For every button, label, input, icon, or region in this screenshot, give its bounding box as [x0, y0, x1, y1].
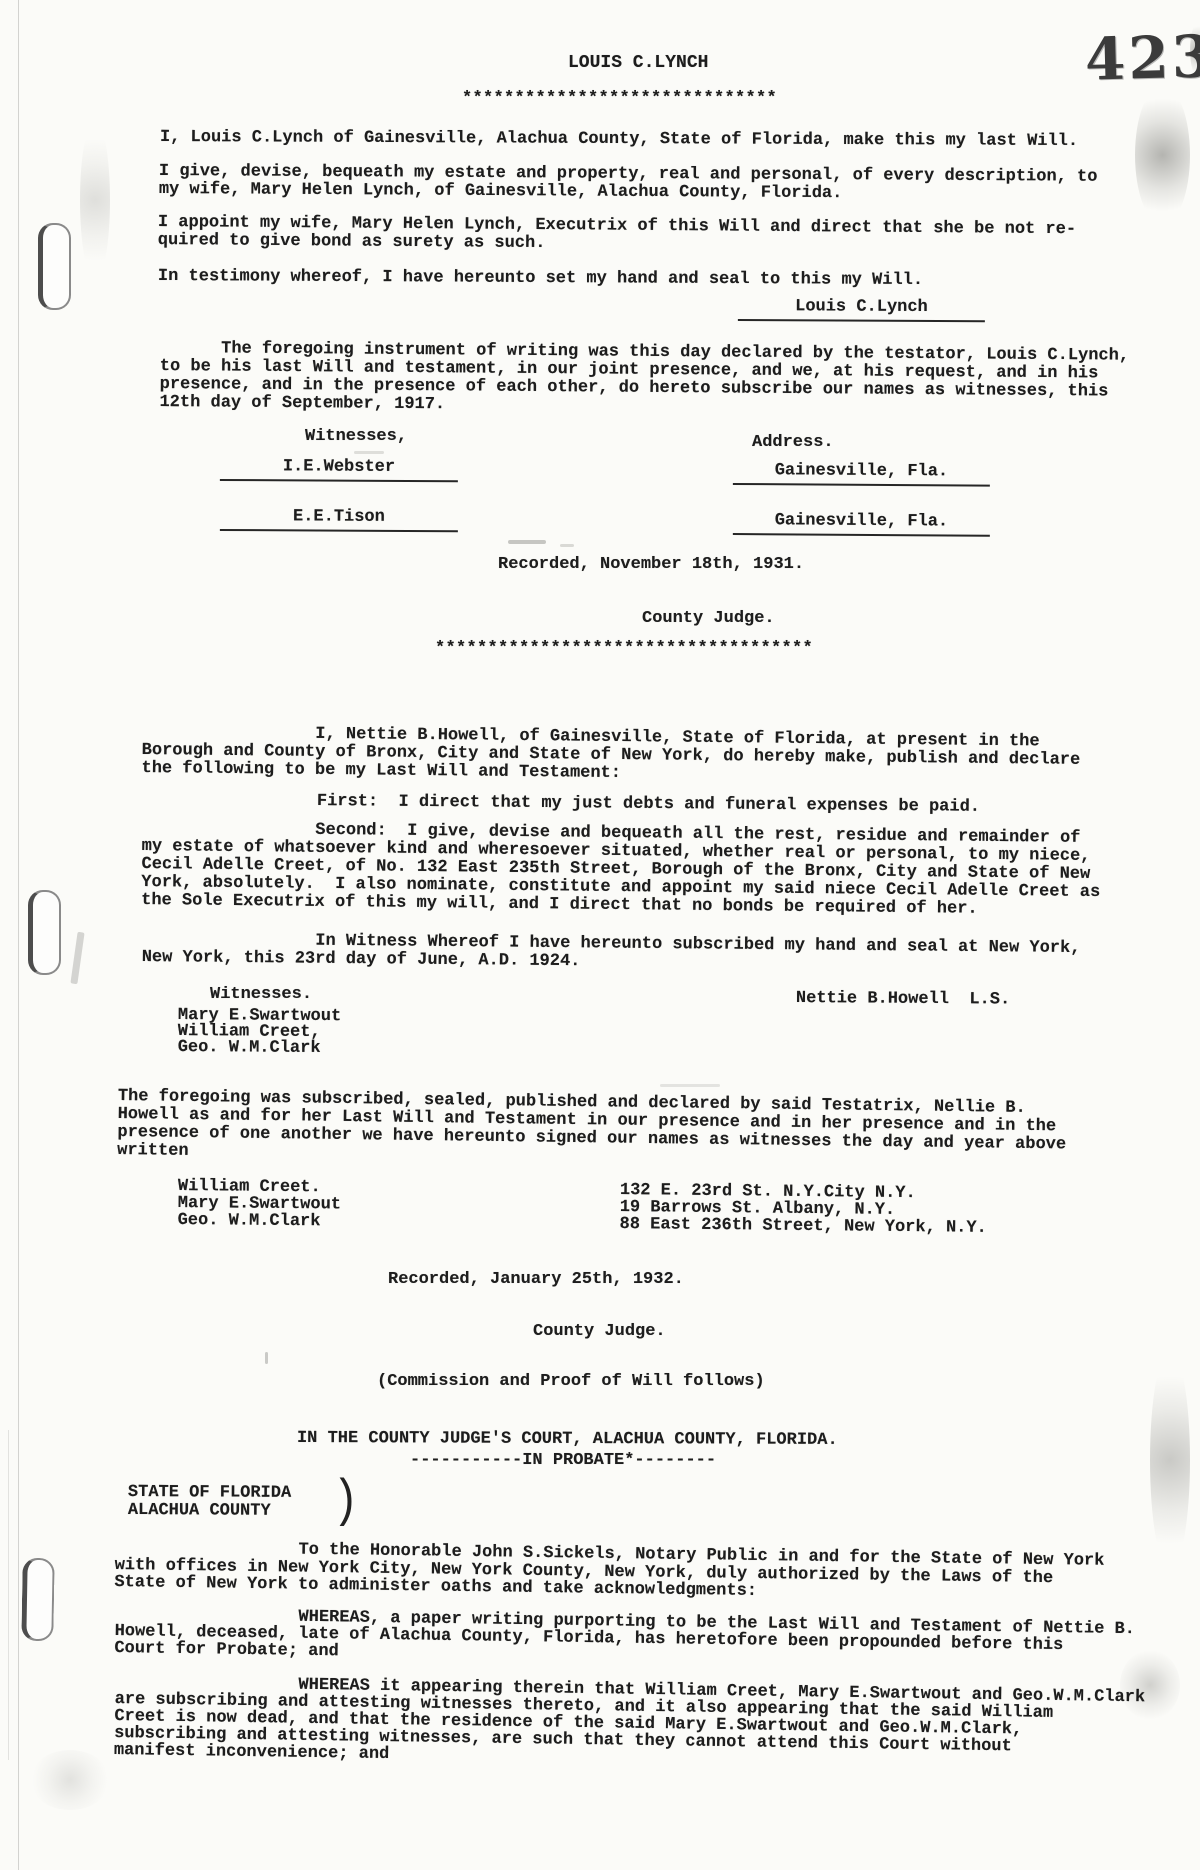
lynch-paragraph-1: I, Louis C.Lynch of Gainesville, Alachua…	[160, 129, 1078, 151]
ink-smudge	[70, 932, 84, 984]
probate-whereas-2: WHEREAS it appearing therein that Willia…	[114, 1674, 1146, 1774]
witness-1-address: Gainesville, Fla.	[733, 462, 990, 487]
venue-brace: )	[332, 1472, 359, 1531]
scan-noise	[30, 1750, 110, 1810]
commission-note: (Commission and Proof of Will follows)	[377, 1373, 765, 1391]
paper-fold-line-2	[8, 1430, 9, 1760]
probate-venue: STATE OF FLORIDA ALACHUA COUNTY	[128, 1484, 291, 1521]
lynch-paragraph-4: In testimony whereof, I have hereunto se…	[158, 268, 923, 290]
address-label: Address.	[752, 434, 834, 452]
lynch-paragraph-2: I give, devise, bequeath my estate and p…	[159, 163, 1098, 205]
witnesses-label: Witnesses,	[305, 428, 407, 446]
howell-second-clause: Second: I give, devise and bequeath all …	[141, 820, 1101, 920]
lynch-county-judge: County Judge.	[642, 610, 775, 628]
probate-address-to-notary: To the Honorable John S.Sickels, Notary …	[114, 1539, 1104, 1605]
howell-testator-signature: Nettie B.Howell L.S.	[796, 990, 1010, 1009]
scan-noise	[1150, 1350, 1190, 1570]
howell-intro: I, Nettie B.Howell, of Gainesville, Stat…	[141, 724, 1080, 788]
ink-smudge	[265, 1352, 268, 1364]
page-number: 423	[1084, 22, 1200, 93]
paper-fold-line	[18, 0, 19, 1870]
binder-hole-3	[21, 1558, 54, 1642]
ink-smudge	[560, 544, 574, 547]
witness-2-address: Gainesville, Fla.	[733, 512, 990, 537]
ink-smudge	[660, 1084, 720, 1087]
divider-asterisks-1: ******************************	[462, 90, 777, 108]
witness-1-name: I.E.Webster	[220, 458, 458, 482]
probate-in-probate-line: -----------IN PROBATE*--------	[410, 1452, 716, 1470]
howell-witness-names: Mary E.Swartwout William Creet, Geo. W.M…	[178, 1008, 342, 1057]
howell-witness-addresses: 132 E. 23rd St. N.Y.City N.Y. 19 Barrows…	[619, 1182, 987, 1237]
howell-witness-names-2: William Creet. Mary E.Swartwout Geo. W.M…	[178, 1178, 342, 1230]
howell-county-judge: County Judge.	[533, 1323, 666, 1341]
lynch-signature: Louis C.Lynch	[738, 298, 985, 322]
scan-noise	[80, 120, 110, 280]
lynch-recorded-date: Recorded, November 18th, 1931.	[498, 556, 804, 574]
probate-court-title: IN THE COUNTY JUDGE'S COURT, ALACHUA COU…	[297, 1430, 838, 1450]
howell-foregoing-clause: The foregoing was subscribed, sealed, pu…	[117, 1088, 1067, 1172]
howell-recorded-date: Recorded, January 25th, 1932.	[388, 1271, 684, 1289]
divider-asterisks-2: ************************************	[435, 640, 813, 658]
ink-smudge	[508, 540, 546, 544]
binder-hole-2	[28, 890, 61, 975]
howell-witnesses-label: Witnesses.	[210, 986, 312, 1004]
howell-witness-clause: In Witness Whereof I have hereunto subsc…	[142, 931, 1081, 976]
witness-2-name: E.E.Tison	[220, 508, 458, 532]
ink-smudge	[354, 451, 384, 454]
page-title: LOUIS C.LYNCH	[568, 54, 708, 72]
binder-hole-1	[38, 223, 71, 310]
probate-whereas-1: WHEREAS, a paper writing purporting to b…	[114, 1606, 1135, 1672]
howell-first-clause: First: I direct that my just debts and f…	[317, 793, 980, 817]
scan-noise	[1135, 85, 1190, 225]
lynch-paragraph-3: I appoint my wife, Mary Helen Lynch, Exe…	[158, 214, 1076, 257]
lynch-attestation: The foregoing instrument of writing was …	[159, 340, 1129, 420]
